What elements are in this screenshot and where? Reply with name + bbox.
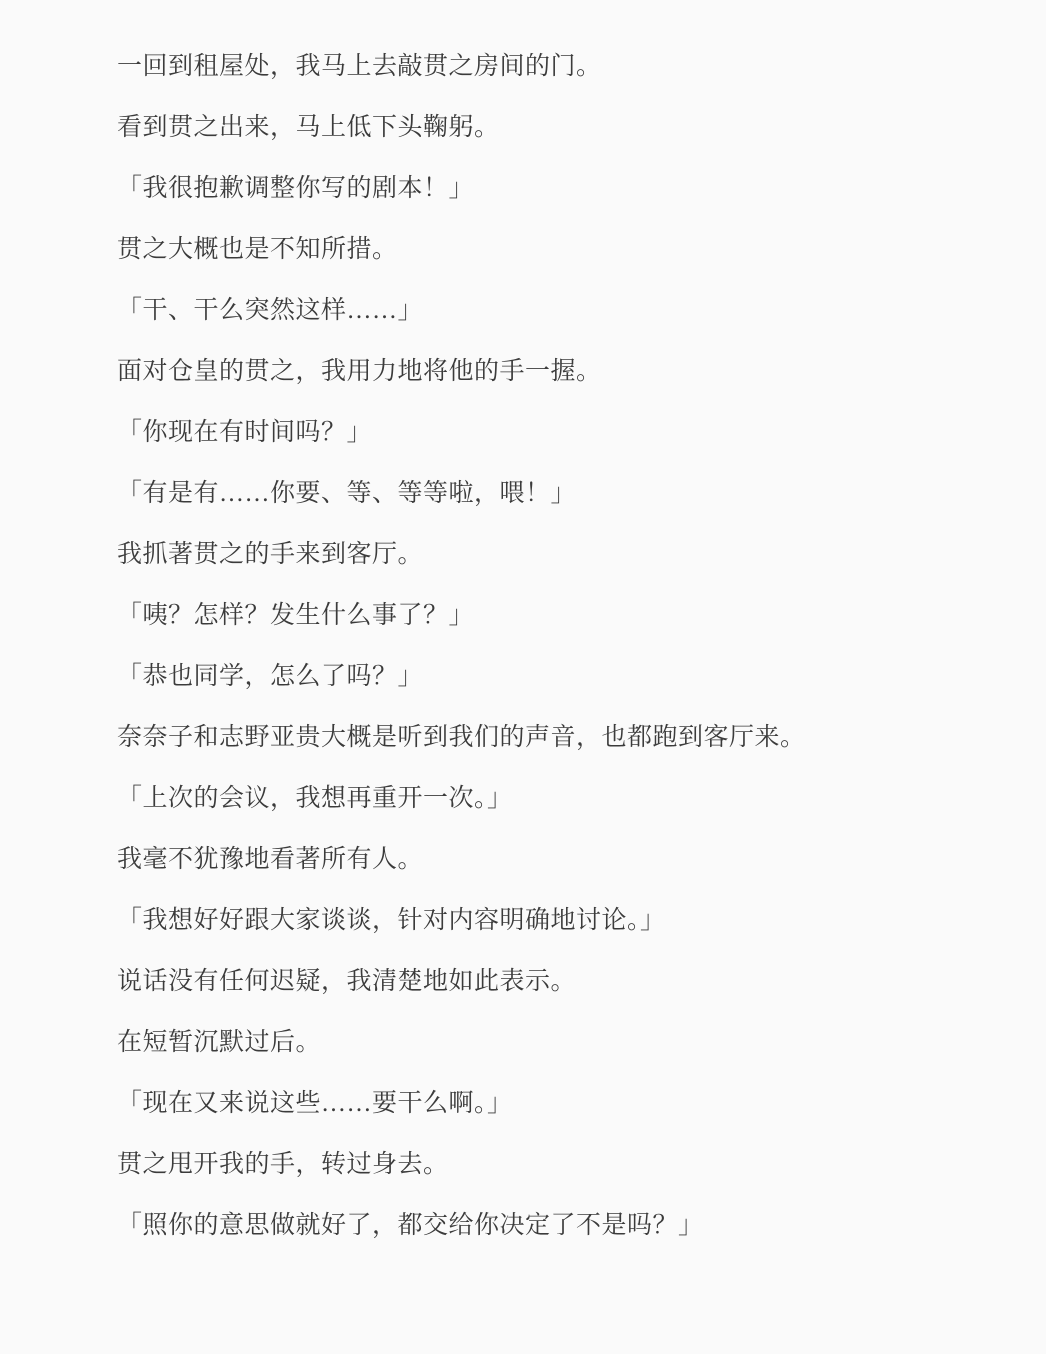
paragraph-02: 看到贯之出来，马上低下头鞠躬。: [117, 113, 986, 143]
paragraph-19: 贯之甩开我的手，转过身去。: [117, 1150, 986, 1180]
paragraph-10: 「咦？怎样？发生什么事了？」: [117, 601, 986, 631]
paragraph-14: 我毫不犹豫地看著所有人。: [117, 845, 986, 875]
paragraph-06: 面对仓皇的贯之，我用力地将他的手一握。: [117, 357, 986, 387]
paragraph-01: 一回到租屋处，我马上去敲贯之房间的门。: [117, 52, 986, 82]
paragraph-13: 「上次的会议，我想再重开一次。」: [117, 784, 986, 814]
paragraph-18: 「现在又来说这些……要干么啊。」: [117, 1089, 986, 1119]
paragraph-03: 「我很抱歉调整你写的剧本！」: [117, 174, 986, 204]
paragraph-09: 我抓著贯之的手来到客厅。: [117, 540, 986, 570]
paragraph-11: 「恭也同学，怎么了吗？」: [117, 662, 986, 692]
paragraph-12: 奈奈子和志野亚贵大概是听到我们的声音，也都跑到客厅来。: [117, 723, 986, 753]
novel-page: 一回到租屋处，我马上去敲贯之房间的门。 看到贯之出来，马上低下头鞠躬。 「我很抱…: [0, 0, 1046, 1354]
paragraph-04: 贯之大概也是不知所措。: [117, 235, 986, 265]
paragraph-05: 「干、干么突然这样……」: [117, 296, 986, 326]
paragraph-15: 「我想好好跟大家谈谈，针对内容明确地讨论。」: [117, 906, 986, 936]
paragraph-08: 「有是有……你要、等、等等啦，喂！」: [117, 479, 986, 509]
paragraph-07: 「你现在有时间吗？」: [117, 418, 986, 448]
paragraph-17: 在短暂沉默过后。: [117, 1028, 986, 1058]
paragraph-20: 「照你的意思做就好了，都交给你决定了不是吗？」: [117, 1211, 986, 1241]
paragraph-16: 说话没有任何迟疑，我清楚地如此表示。: [117, 967, 986, 997]
